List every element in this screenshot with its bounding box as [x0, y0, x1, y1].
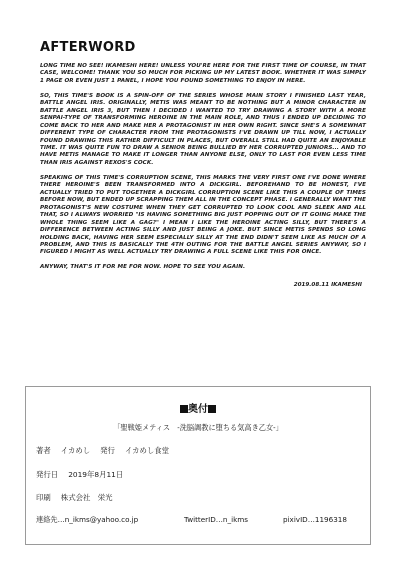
date-row: 発行日2019年8月11日 [36, 469, 123, 480]
author-label: 著者 [36, 446, 51, 455]
publisher-value: イカめし食堂 [125, 446, 169, 455]
author-row: 著者イカめし発行イカめし食堂 [36, 445, 169, 456]
twitter-id: TwitterID…n_ikms [184, 515, 248, 524]
black-square-icon [180, 405, 188, 413]
contact-email: 連絡先…n_ikms@yahoo.co.jp [36, 515, 138, 525]
book-title: 「聖戦姫メティス -洗脳調教に堕ちる気高き乙女-」 [26, 423, 370, 433]
date-label: 発行日 [36, 470, 58, 479]
afterword-title: AFTERWORD [40, 40, 366, 56]
black-square-icon [208, 405, 216, 413]
afterword-signature: 2019.08.11 Ikameshi [40, 282, 366, 288]
pixiv-id: pixivID…1196318 [283, 515, 347, 524]
colophon-heading-text: 奥付 [188, 404, 208, 415]
afterword-paragraph: Long time no see! Ikameshi here! Unless … [40, 63, 366, 85]
afterword-paragraph: Anyway, that's it for me for now. Hope t… [40, 264, 366, 271]
author-value: イカめし [61, 446, 90, 455]
afterword-paragraph: So, this time's book is a spin-off of th… [40, 93, 366, 168]
date-value: 2019年8月11日 [68, 470, 123, 479]
afterword-paragraph: Speaking of this time's corruption scene… [40, 175, 366, 257]
colophon-box: 奥付 「聖戦姫メティス -洗脳調教に堕ちる気高き乙女-」 著者イカめし発行イカめ… [25, 386, 371, 545]
colophon-heading: 奥付 [26, 400, 370, 415]
publisher-label: 発行 [100, 446, 115, 455]
printer-label: 印刷 [36, 493, 51, 502]
printer-row: 印刷株式会社 栄光 [36, 492, 113, 503]
printer-value: 株式会社 栄光 [61, 493, 113, 502]
afterword-section: AFTERWORD Long time no see! Ikameshi her… [40, 40, 366, 288]
